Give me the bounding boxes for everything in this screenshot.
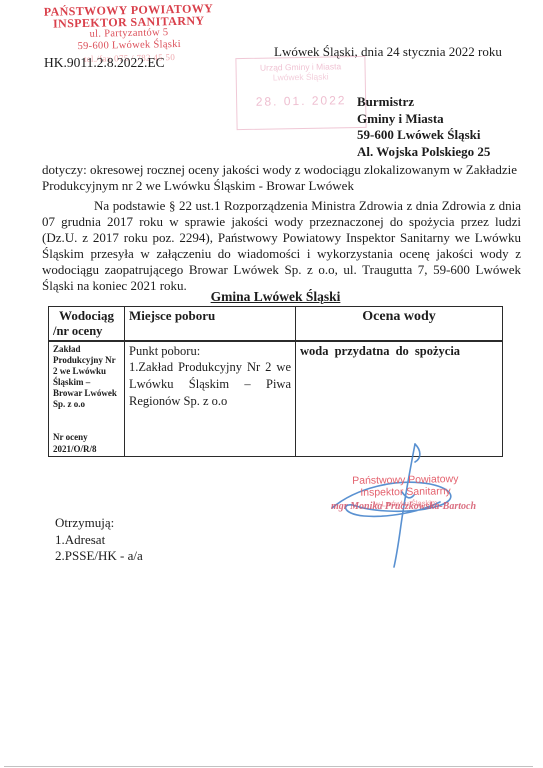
- recipient-address: Burmistrz Gminy i Miasta 59-600 Lwówek Ś…: [357, 94, 490, 160]
- water-assessment-result: woda przydatna do spożycia: [300, 343, 498, 359]
- scanned-letter-page: PAŃSTWOWY POWIATOWY INSPEKTOR SANITARNY …: [0, 0, 543, 768]
- supply-name: Zakład Produkcyjny Nr 2 we Lwówku Śląski…: [53, 343, 120, 410]
- distribution-item: 1.Adresat: [55, 532, 143, 549]
- inspector-name: mgr Monika Pruczkowska-Bartoch: [316, 501, 491, 512]
- table-title: Gmina Lwówek Śląski: [48, 289, 503, 305]
- cell-wodociag: Zakład Produkcyjny Nr 2 we Lwówku Śląski…: [49, 342, 125, 456]
- distribution-title: Otrzymują:: [55, 515, 143, 532]
- received-stamp-date: 28. 01. 2022: [237, 93, 365, 109]
- received-date-stamp: Urząd Gminy i Miasta Lwówek Śląski 28. 0…: [235, 56, 366, 130]
- header-cell-wodociag: Wodociąg /nr oceny: [49, 307, 125, 340]
- water-assessment-table: Wodociąg /nr oceny Miejsce poboru Ocena …: [48, 306, 503, 457]
- cell-ocena-wody: woda przydatna do spożycia: [296, 342, 502, 456]
- header-cell-miejsce-poboru: Miejsce poboru: [125, 307, 296, 340]
- subject-line: dotyczy: okresowej rocznej oceny jakości…: [42, 162, 520, 194]
- assessment-number: 2021/O/R/8: [53, 443, 120, 455]
- table-data-row: Zakład Produkcyjny Nr 2 we Lwówku Śląski…: [49, 342, 502, 456]
- distribution-item: 2.PSSE/HK - a/a: [55, 548, 143, 565]
- distribution-list: Otrzymują: 1.Adresat 2.PSSE/HK - a/a: [55, 515, 143, 565]
- recipient-line: Burmistrz: [357, 94, 490, 111]
- sampling-point: 1.Zakład Produkcyjny Nr 2 we Lwówku Śląs…: [129, 359, 291, 410]
- assessment-number-label: Nr oceny: [53, 432, 120, 443]
- recipient-line: Al. Wojska Polskiego 25: [357, 144, 490, 161]
- recipient-line: 59-600 Lwówek Śląski: [357, 127, 490, 144]
- body-paragraph: Na podstawie § 22 ust.1 Rozporządzenia M…: [42, 198, 521, 293]
- table-header-row: Wodociąg /nr oceny Miejsce poboru Ocena …: [49, 307, 502, 342]
- reference-number: HK.9011.2.8.2022.EC: [44, 55, 165, 71]
- header-cell-ocena-wody: Ocena wody: [296, 307, 502, 340]
- cell-miejsce-poboru: Punkt poboru: 1.Zakład Produkcyjny Nr 2 …: [125, 342, 296, 456]
- received-stamp-org: Lwówek Śląski: [237, 71, 365, 83]
- scan-edge-artifact: [4, 766, 533, 768]
- sampling-point-title: Punkt poboru:: [129, 343, 291, 359]
- recipient-line: Gminy i Miasta: [357, 111, 490, 128]
